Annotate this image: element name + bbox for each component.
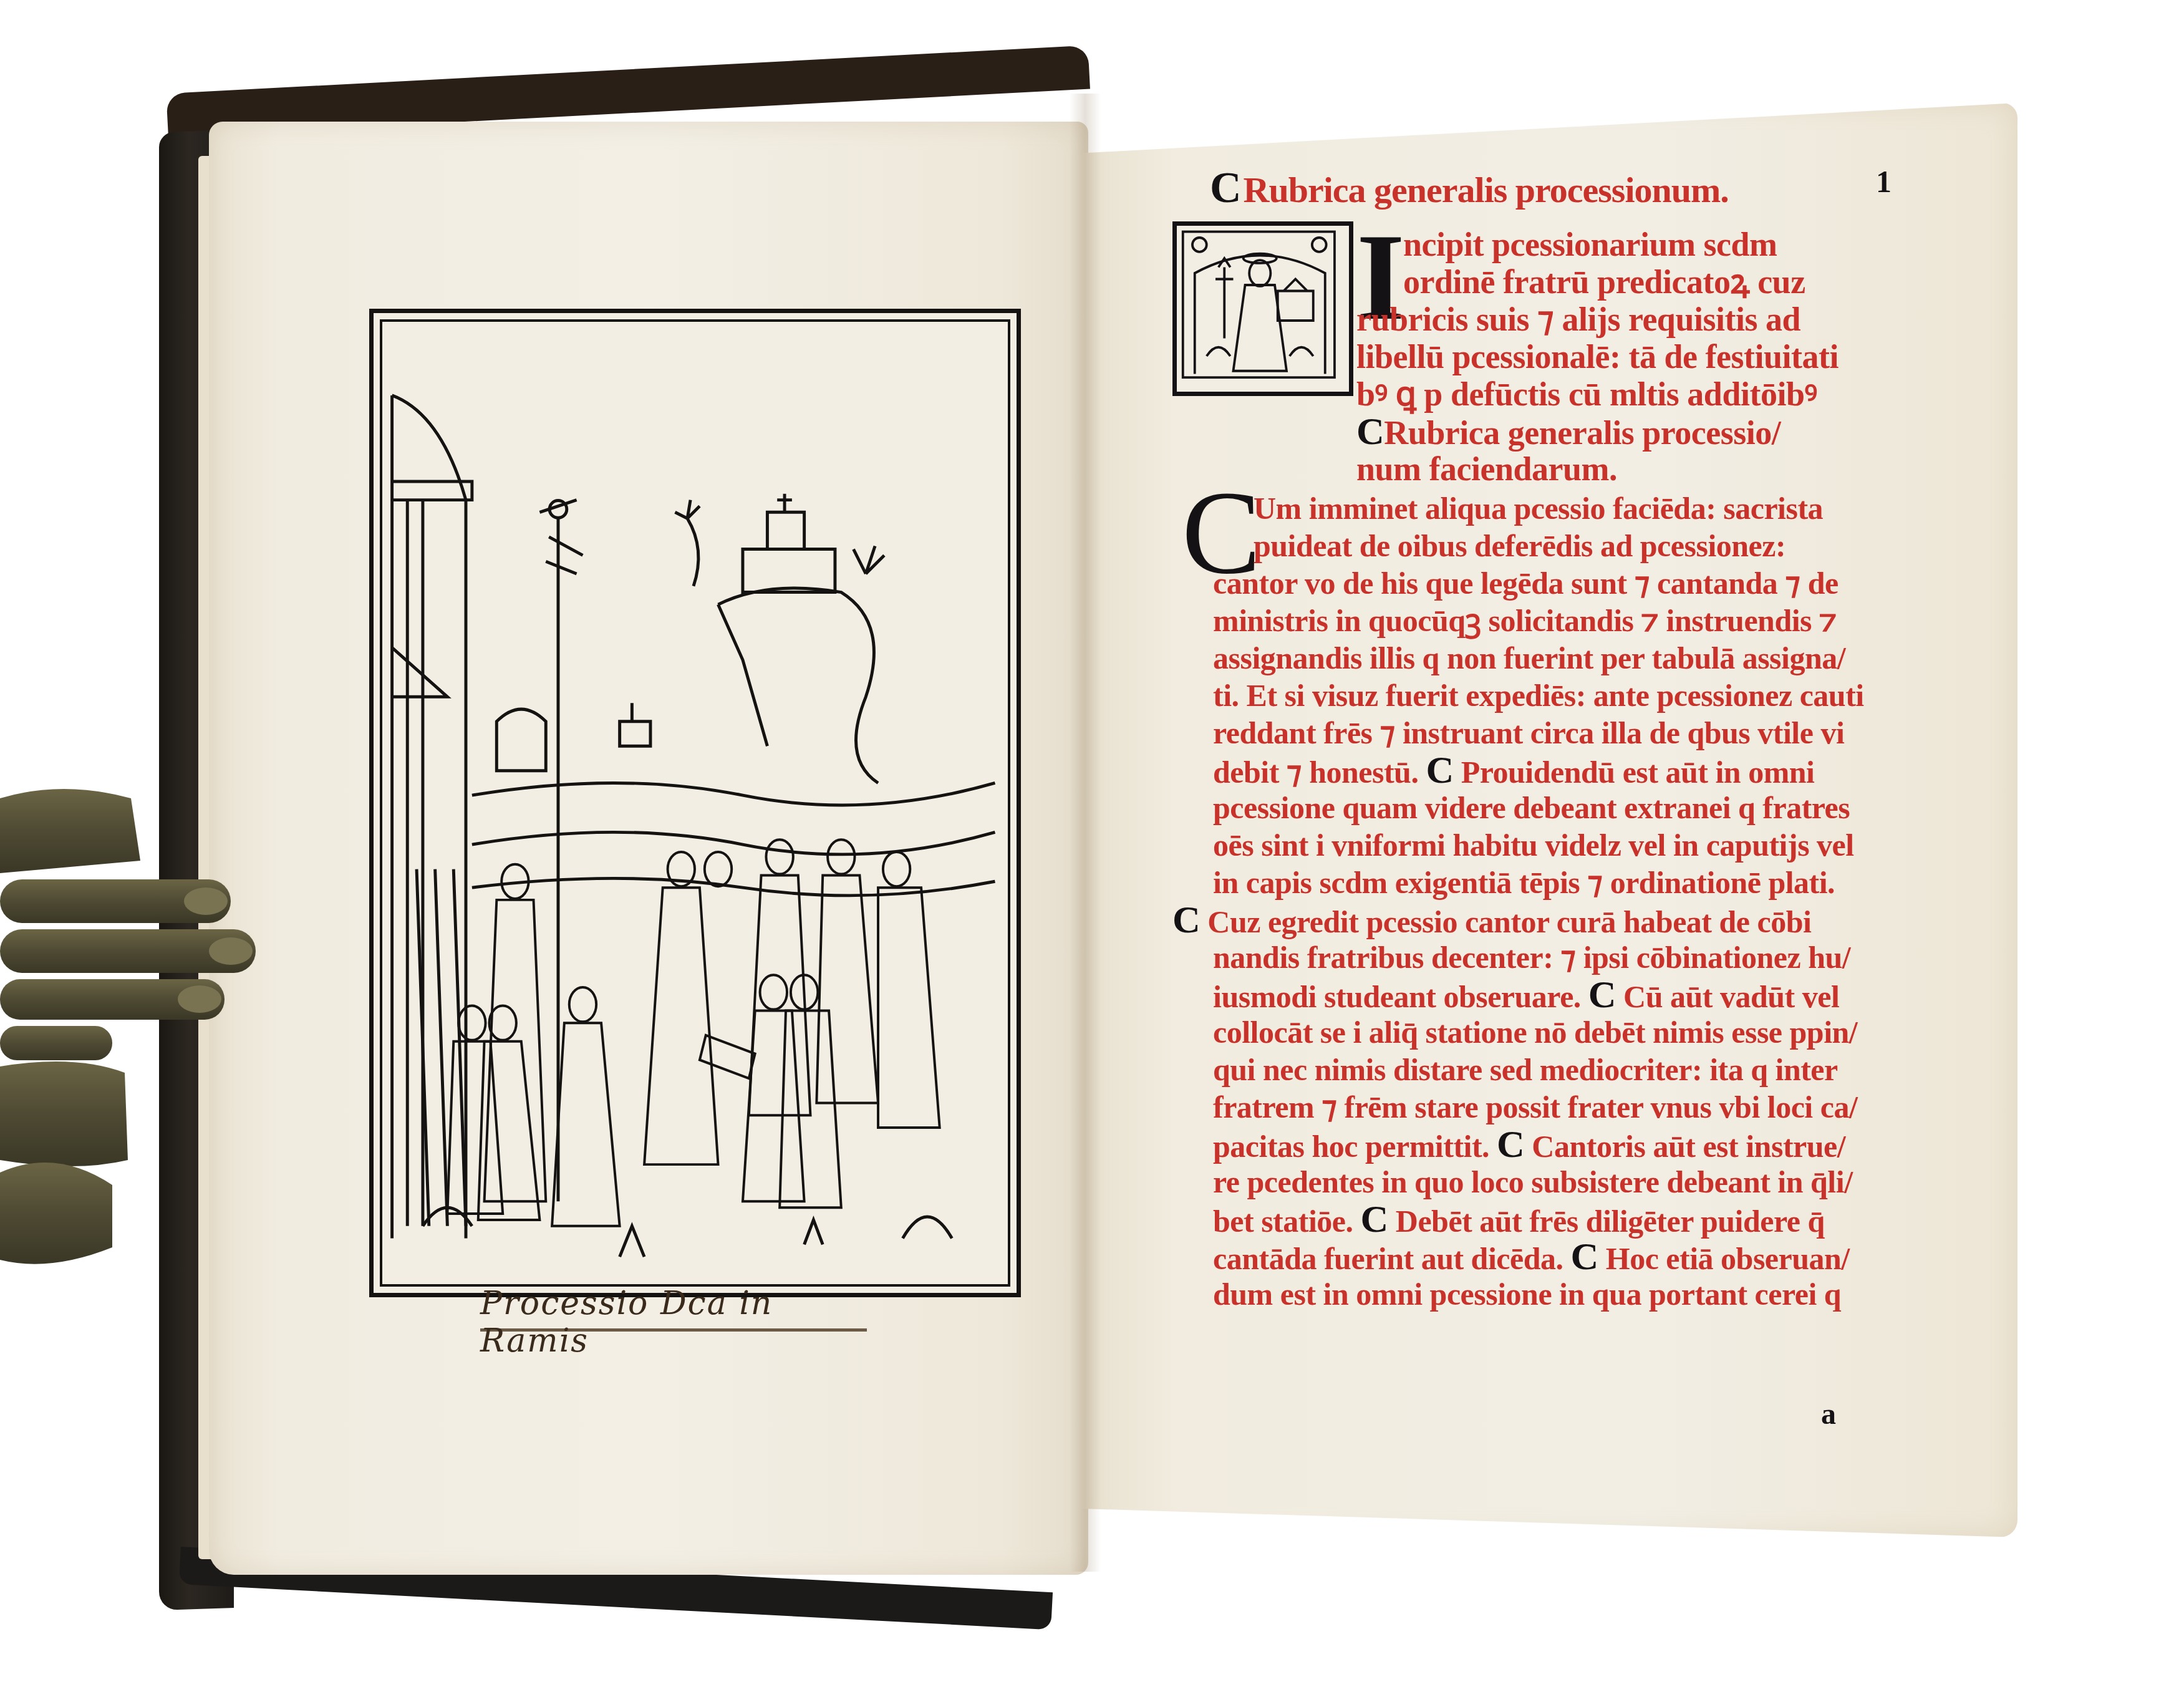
text-line: nandis fratribus decenter: ⁊ ipsi cōbina… — [1213, 939, 1850, 976]
subheading-text: Rubrica generalis processio/ — [1384, 414, 1781, 452]
signature-mark: a — [1821, 1397, 1836, 1431]
brass-hand-icon — [0, 773, 287, 1291]
text-line: puideat de oibus deferēdis ad pcessionez… — [1254, 527, 1785, 564]
text-fragment: Debēt aūt frēs diligēter puidere q̄ — [1396, 1204, 1825, 1239]
brass-hand-book-holder — [0, 773, 287, 1291]
pilcrow-mark: C — [1361, 1198, 1388, 1240]
text-line: C Cuz egredit pcessio cantor curā habeat… — [1172, 901, 1811, 941]
text-line: collocāt se i aliq̄ statione nō debēt ni… — [1213, 1013, 1857, 1051]
subheading-line: CRubrica generalis processio/ — [1356, 413, 1781, 452]
text-line: ministris in quocūqꝫ solicitandis ⁊ inst… — [1213, 602, 1837, 639]
subheading-line: num faciendarum. — [1356, 450, 1617, 488]
folio-number: 1 — [1876, 163, 1892, 200]
text-fragment: Prouidendū est aūt in omni — [1461, 755, 1815, 790]
text-fragment: Cū aūt vadūt vel — [1623, 979, 1839, 1014]
heading-text: Rubrica generalis processionum. — [1244, 170, 1729, 210]
text-fragment: pacitas hoc permittit. — [1213, 1129, 1489, 1164]
dominican-saint-icon — [1177, 226, 1349, 392]
text-line: oēs sint i vniformi habitu videlz vel in… — [1213, 826, 1854, 864]
text-fragment: debit ⁊ honestū. — [1213, 755, 1418, 790]
text-line: bet statiōe. C Debēt aūt frēs diligēter … — [1213, 1201, 1825, 1240]
saint-initial-woodcut — [1172, 221, 1353, 396]
text-line: in capis scdm exigentiā tēpis ⁊ ordinati… — [1213, 864, 1835, 901]
text-line: ordinē fratrū predicatoꝝ cuz — [1403, 263, 1805, 301]
text-line: cantāda fuerint aut dicēda. C Hoc etiā o… — [1213, 1238, 1850, 1277]
woodcut-illustration-icon — [374, 313, 1017, 1293]
text-fragment: Cuz egredit pcessio cantor curā habeat d… — [1207, 904, 1811, 939]
procession-woodcut — [369, 309, 1021, 1297]
text-fragment: bet statiōe. — [1213, 1204, 1353, 1239]
text-line: ti. Et si visuz fuerit expediēs: ante pc… — [1213, 677, 1864, 714]
pilcrow-mark: C — [1571, 1236, 1598, 1278]
text-line: rubricis suis ⁊ alijs requisitis ad — [1356, 301, 1800, 338]
text-line: debit ⁊ honestū. C Prouidendū est aūt in… — [1213, 752, 1814, 791]
text-line: bꝰ ꝗ p defūctis cū mltis additōibꝰ — [1356, 375, 1817, 413]
text-line: re pcedentes in quo loco subsistere debe… — [1213, 1163, 1853, 1201]
text-fragment: Cantoris aūt est instrue/ — [1532, 1129, 1845, 1164]
text-line: qui nec nimis distare sed mediocriter: i… — [1213, 1051, 1838, 1088]
handwritten-caption: Processio Dca in Ramis — [480, 1285, 867, 1332]
text-fragment: Hoc etiā obseruan/ — [1606, 1241, 1850, 1276]
pilcrow-mark: C — [1210, 164, 1241, 212]
text-line: dum est in omni pcessione in qua portant… — [1213, 1275, 1841, 1313]
text-line: pcessione quam videre debeant extranei q… — [1213, 789, 1850, 826]
text-line: cantor vo de his que legēda sunt ⁊ canta… — [1213, 564, 1839, 602]
pilcrow-mark: C — [1172, 899, 1200, 941]
text-line: pacitas hoc permittit. C Cantoris aūt es… — [1213, 1126, 1845, 1165]
text-line: assignandis illis q non fuerint per tabu… — [1213, 639, 1845, 677]
book-gutter — [1070, 94, 1101, 1572]
text-fragment: cantāda fuerint aut dicēda. — [1213, 1241, 1563, 1276]
pilcrow-mark: C — [1356, 410, 1384, 453]
text-fragment: iusmodi studeant obseruare. — [1213, 979, 1581, 1014]
text-line: iusmodi studeant obseruare. C Cū aūt vad… — [1213, 976, 1839, 1015]
text-line: fratrem ⁊ frēm stare possit frater vnus … — [1213, 1088, 1857, 1126]
text-line: Um imminet aliqua pcessio faciēda: sacri… — [1254, 490, 1823, 527]
text-line: libellū pcessionalē: tā de festiuitati — [1356, 338, 1839, 375]
text-line: ncipit pcessionarium scdm — [1403, 226, 1777, 263]
rubric-heading: CRubrica generalis processionum. — [1210, 163, 1729, 213]
pilcrow-mark: C — [1588, 974, 1616, 1016]
pilcrow-mark: C — [1497, 1123, 1524, 1166]
pilcrow-mark: C — [1426, 749, 1453, 791]
text-line: reddant frēs ⁊ instruant circa illa de q… — [1213, 714, 1844, 752]
